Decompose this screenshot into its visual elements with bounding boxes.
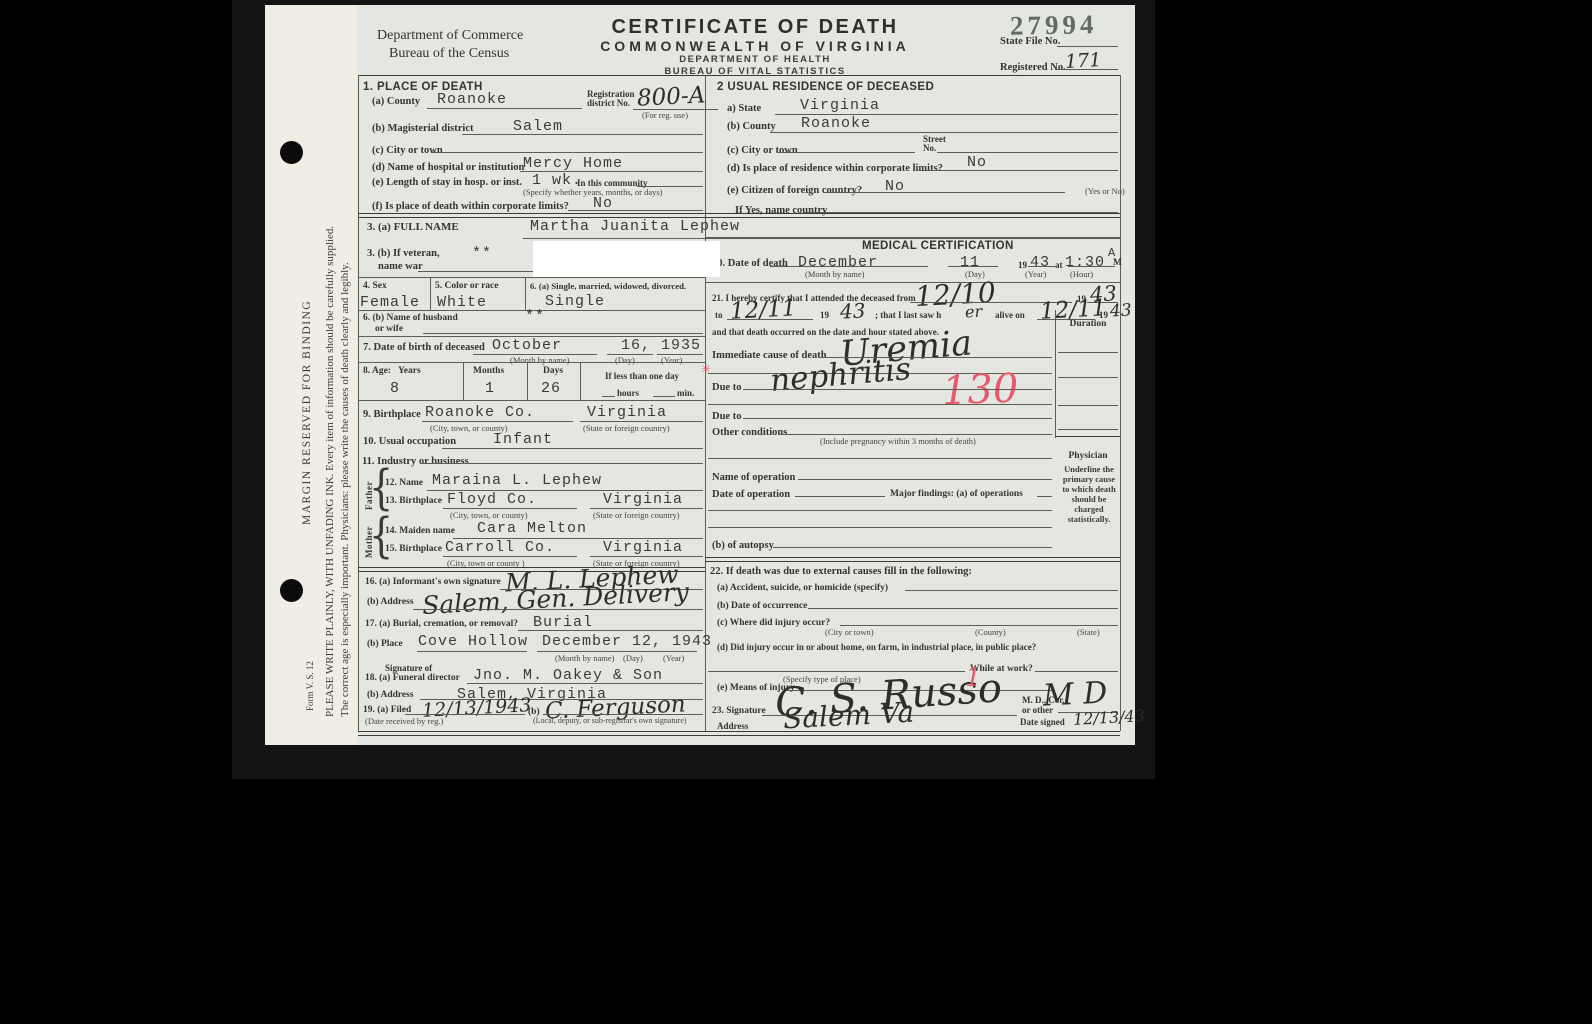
rule-line — [580, 362, 581, 400]
length-of-stay-label: (e) Length of stay in hosp. or inst. — [372, 177, 522, 188]
rule-line — [590, 508, 703, 509]
burial-place-value: Cove Hollow — [418, 633, 528, 650]
burial-date-value: December 12, 1943 — [542, 633, 712, 650]
burial-label: 17. (a) Burial, cremation, or removal? — [365, 619, 518, 629]
name-war-label: name war — [378, 261, 423, 272]
rule-line — [708, 510, 1052, 511]
mother-birthplace-value: Carroll Co. — [445, 539, 555, 556]
residence-corporate-label: (d) Is place of residence within corpora… — [727, 163, 943, 174]
date-of-death-label: 20. Date of death — [712, 258, 788, 269]
physician-note: Underline the primary cause to which dea… — [1060, 464, 1118, 524]
father-state-note: (State or foreign country) — [593, 510, 680, 520]
county-label: (a) County — [372, 96, 420, 107]
registered-no-label: Registered No. — [1000, 62, 1066, 73]
rule-line — [805, 212, 1118, 213]
form-number: Form V. S. 12 — [305, 661, 315, 711]
rule-line — [1120, 75, 1121, 731]
burial-value: Burial — [533, 614, 593, 631]
rule-line — [442, 448, 703, 449]
rule-line — [705, 557, 1120, 562]
full-name-value: Martha Juanita Lephew — [530, 218, 740, 235]
age-label: 8. Age: — [363, 366, 391, 376]
birthplace-state-note: (State or foreign country) — [583, 423, 670, 433]
rule-line — [705, 282, 1120, 283]
funeral-address-label: (b) Address — [367, 690, 414, 700]
father-birthplace-note: (City, town, or county) — [450, 510, 528, 520]
residence-city-label: (c) City or town — [727, 145, 798, 156]
husband-label: 6. (b) Name of husband — [363, 313, 458, 323]
rule-line — [358, 362, 705, 363]
rule-line — [1056, 436, 1120, 437]
rule-line — [358, 75, 1120, 76]
rule-line — [708, 458, 1052, 459]
rule-line — [653, 396, 675, 397]
city-or-town-note: (City or town) — [825, 627, 874, 637]
hospital-label: (d) Name of hospital or institution — [372, 162, 524, 173]
residence-county-value: Roanoke — [801, 115, 871, 132]
rule-line — [1035, 671, 1118, 672]
informant-signature-label: 16. (a) Informant's own signature — [365, 577, 501, 587]
rule-line — [420, 463, 703, 464]
rule-line — [432, 152, 703, 153]
rule-line — [795, 496, 885, 497]
alive-on-label: alive on — [995, 310, 1025, 320]
attended-from-value: 12/10 — [914, 276, 996, 313]
sex-label: 4. Sex — [363, 281, 387, 291]
rule-line — [948, 266, 998, 267]
rule-line — [568, 210, 703, 211]
rule-line — [427, 108, 582, 109]
rule-line — [770, 132, 1118, 133]
rule-line — [1058, 429, 1118, 430]
rule-line — [543, 714, 703, 715]
mother-birthplace-label: 15. Birthplace — [385, 544, 442, 554]
rule-line — [1058, 405, 1118, 406]
occupation-value: Infant — [493, 431, 553, 448]
rule-line — [743, 389, 1052, 390]
injury-where-label: (c) Where did injury occur? — [717, 618, 830, 628]
rule-line — [418, 271, 537, 272]
rule-line — [527, 362, 528, 400]
hours-label: hours — [617, 388, 639, 398]
mother-birthplace-state: Virginia — [603, 539, 683, 556]
date-signed-value: 12/13/43 — [1073, 706, 1146, 729]
occupation-label: 10. Usual occupation — [363, 436, 456, 447]
other-conditions-label: Other conditions — [712, 427, 787, 438]
for-reg-use-note: (For reg. use) — [642, 110, 688, 120]
major-findings-label: Major findings: (a) of operations — [890, 489, 1023, 499]
commonwealth-subtitle: COMMONWEALTH OF VIRGINIA — [555, 38, 955, 54]
rule-line — [743, 418, 1052, 419]
rule-line — [1068, 266, 1115, 267]
rule-line — [413, 609, 703, 610]
years-header: Years — [398, 366, 421, 376]
full-name-label: 3. (a) FULL NAME — [367, 221, 459, 233]
rule-line — [430, 277, 431, 310]
state-note: (State) — [1077, 627, 1100, 637]
due-to-2-label: Due to — [712, 411, 741, 422]
rule-line — [405, 714, 525, 715]
burial-place-label: (b) Place — [367, 639, 403, 649]
yes-or-no-note: (Yes or No) — [1085, 186, 1125, 196]
father-birthplace-label: 13. Birthplace — [385, 496, 442, 506]
race-label: 5. Color or race — [435, 281, 499, 291]
cause-code-red: 130 — [941, 366, 1019, 415]
race-value: White — [437, 294, 487, 311]
rule-line — [708, 527, 1052, 528]
rule-line — [1058, 352, 1118, 353]
rule-line — [580, 421, 703, 422]
rule-line — [778, 434, 1052, 435]
rule-line — [602, 396, 615, 397]
funeral-director-label: 18. (a) Funeral director — [365, 673, 460, 683]
name-country-label: If Yes, name country — [735, 205, 827, 216]
birthplace-label: 9. Birthplace — [363, 409, 421, 420]
rule-line — [708, 404, 1052, 405]
marital-label: 6. (a) Single, married, widowed, divorce… — [530, 281, 686, 291]
father-name-value: Maraina L. Lephew — [432, 472, 602, 489]
physician-address-label: Address — [717, 721, 748, 731]
rule-line — [905, 590, 1118, 591]
day-note: (Day) — [615, 355, 635, 365]
due-to-1-label: Due to — [712, 382, 741, 393]
date-signed-label: Date signed — [1020, 717, 1065, 727]
residence-heading: 2 USUAL RESIDENCE OF DECEASED — [717, 81, 934, 93]
rule-line — [777, 152, 915, 153]
rule-line — [417, 651, 527, 652]
rule-line — [1058, 377, 1118, 378]
rule-line — [1055, 310, 1056, 438]
dob-month-value: October — [492, 337, 562, 354]
rule-line — [462, 134, 703, 135]
duration-header: Duration — [1057, 319, 1119, 329]
rule-line — [423, 333, 703, 334]
county-value: Roanoke — [437, 91, 507, 108]
rule-line — [537, 651, 697, 652]
magisterial-district-label: (b) Magisterial district — [372, 123, 473, 134]
rule-line — [825, 192, 1065, 193]
signature-of-label: Signature of — [385, 663, 432, 673]
dod-year-note: (Year) — [1025, 269, 1046, 279]
rule-line — [523, 238, 1120, 239]
burial-day-note: (Day) — [623, 653, 643, 663]
residence-county-label: (b) County — [727, 121, 776, 132]
attended-to-value: 12/11 — [729, 295, 797, 324]
residence-corporate-value: No — [967, 154, 987, 171]
month-by-name-note: (Month by name) — [510, 355, 570, 365]
rule-line — [443, 556, 577, 557]
certificate-page: MARGIN RESERVED FOR BINDING PLEASE WRITE… — [265, 5, 1135, 745]
residence-state-value: Virginia — [800, 97, 880, 114]
margin-note-2: The correct age is especially important.… — [338, 226, 353, 717]
margin-binding-text: MARGIN RESERVED FOR BINDING — [301, 300, 313, 525]
to-label: to — [715, 310, 723, 320]
year-note: (Year) — [661, 355, 682, 365]
rule-line — [467, 683, 703, 684]
physician-address-value: Salem Va — [782, 696, 915, 736]
rule-line — [518, 630, 703, 631]
less-than-one-day-label: If less than one day — [605, 371, 679, 381]
her-handwriting: er — [965, 302, 983, 322]
age-days-value: 26 — [541, 380, 561, 397]
informant-address-label: (b) Address — [367, 597, 414, 607]
rule-line — [358, 75, 359, 731]
registrar-signature-note: (Local, deputy, or sub-registrar's own s… — [533, 716, 687, 725]
operation-date-label: Date of operation — [712, 489, 790, 500]
red-asterisk-mark: ✳ — [701, 362, 711, 377]
min-label: min. — [677, 388, 694, 398]
husband-value: ** — [525, 308, 545, 325]
margin-instructions: PLEASE WRITE PLAINLY, WITH UNFADING INK.… — [323, 226, 353, 717]
birthplace-state-value: Virginia — [587, 404, 667, 421]
printed-19b: 19 — [820, 310, 829, 320]
father-name-label: 12. Name — [385, 478, 423, 488]
rule-line — [808, 608, 1118, 609]
rule-line — [773, 547, 1052, 548]
months-header: Months — [473, 366, 504, 376]
father-birthplace-state: Virginia — [603, 491, 683, 508]
dod-hour-note: (Hour) — [1070, 269, 1093, 279]
certificate-title: CERTIFICATE OF DEATH — [555, 16, 955, 39]
rule-line — [920, 170, 1118, 171]
date-received-note: (Date received by reg.) — [365, 716, 443, 726]
county-note: (County) — [975, 627, 1006, 637]
rule-line — [422, 421, 573, 422]
red-tally-mark: 1 — [965, 663, 982, 693]
at-label: at — [1055, 260, 1063, 270]
external-causes-heading: 22. If death was due to external causes … — [710, 566, 972, 577]
bureau-census: Bureau of the Census — [389, 46, 509, 62]
rule-line — [1055, 69, 1118, 70]
burial-month-note: (Month by name) — [555, 653, 615, 663]
dob-label: 7. Date of birth of deceased — [363, 342, 485, 353]
rule-line — [798, 479, 1052, 480]
rule-line — [840, 625, 1118, 626]
dept-health: DEPARTMENT OF HEALTH — [555, 54, 955, 65]
physician-signature-label: 23. Signature — [712, 706, 766, 716]
state-file-label: State File No. — [1000, 36, 1060, 47]
age-years-value: 8 — [390, 380, 400, 397]
or-wife-label: or wife — [375, 324, 403, 334]
rule-line — [727, 319, 813, 320]
magisterial-district-value: Salem — [513, 118, 563, 135]
rule-line — [358, 277, 705, 278]
city-or-town-label: (c) City or town — [372, 145, 443, 156]
citizen-label: (e) Citizen of foreign country? — [727, 185, 862, 196]
veteran-value: ** — [472, 245, 492, 262]
rule-line — [443, 508, 577, 509]
rule-line — [358, 400, 705, 401]
rule-line — [590, 556, 703, 557]
medical-certification-heading: MEDICAL CERTIFICATION — [862, 240, 1014, 252]
rule-line — [358, 731, 1120, 736]
street-no-label: No. — [923, 143, 936, 153]
veteran-label: 3. (b) If veteran, — [367, 248, 440, 259]
rule-line — [705, 237, 1120, 238]
burial-year-note: (Year) — [663, 653, 684, 663]
registration-district-label2: district No. — [587, 98, 630, 108]
registration-district-value: 800-A — [636, 82, 706, 112]
dob-day-year-value: 16, 1935 — [621, 337, 701, 354]
sex-value: Female — [360, 294, 420, 311]
rule-line — [463, 362, 464, 400]
autopsy-label: (b) of autopsy — [712, 540, 774, 551]
rule-line — [525, 277, 526, 310]
hospital-value: Mercy Home — [523, 155, 623, 172]
rule-line — [1028, 266, 1055, 267]
punch-hole — [280, 579, 303, 602]
corporate-limits-label: (f) Is place of death within corporate l… — [372, 201, 569, 212]
scanned-death-certificate: MARGIN RESERVED FOR BINDING PLEASE WRITE… — [0, 0, 1592, 1024]
certify-line-2: ; that I last saw h — [875, 310, 941, 320]
rule-line — [770, 266, 928, 267]
mother-name-label: 14. Maiden name — [385, 526, 455, 536]
occurrence-date-label: (b) Date of occurrence — [717, 601, 807, 611]
funeral-director-value: Jno. M. Oakey & Son — [473, 667, 663, 684]
days-header: Days — [543, 366, 563, 376]
mother-name-value: Cara Melton — [477, 520, 587, 537]
dod-month-note: (Month by name) — [805, 269, 865, 279]
rule-line — [937, 152, 1118, 153]
accident-label: (a) Accident, suicide, or homicide (spec… — [717, 583, 888, 593]
operation-label: Name of operation — [712, 472, 795, 483]
father-birthplace-value: Floyd Co. — [447, 491, 537, 508]
rule-line — [1037, 496, 1052, 497]
residence-state-label: a) State — [727, 103, 761, 114]
rule-line — [1057, 46, 1118, 47]
dept-commerce: Department of Commerce — [377, 28, 523, 44]
attended-to-year: 43 — [839, 298, 866, 323]
margin-note-1: PLEASE WRITE PLAINLY, WITH UNFADING INK.… — [323, 226, 338, 717]
pregnancy-note: (Include pregnancy within 3 months of de… — [820, 436, 976, 446]
physician-header: Physician — [1057, 451, 1119, 461]
age-months-value: 1 — [485, 380, 495, 397]
redaction-box — [533, 241, 720, 277]
birthplace-value: Roanoke Co. — [425, 404, 535, 421]
punch-hole — [280, 141, 303, 164]
marital-value: Single — [545, 293, 605, 310]
injury-place-label: (d) Did injury occur in or about home, o… — [717, 642, 1036, 652]
